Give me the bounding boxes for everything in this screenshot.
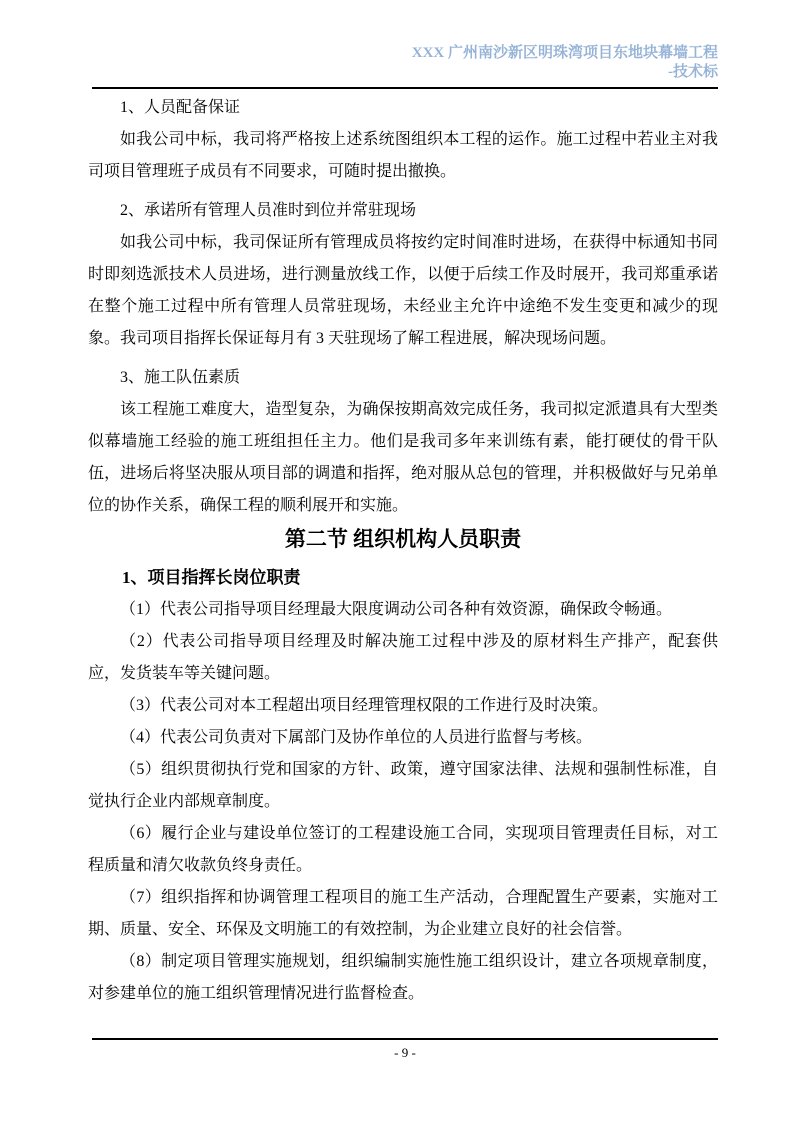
- document-body: 1、人员配备保证 如我公司中标，我司将严格按上述系统图组织本工程的运作。施工过程…: [88, 92, 718, 1010]
- duty-item-7: （7）组织指挥和协调管理工程项目的施工生产活动，合理配置生产要素，实施对工期、质…: [88, 882, 718, 946]
- duty-item-4: （4）代表公司负责对下属部门及协作单位的人员进行监督与考核。: [88, 722, 718, 754]
- subsection-heading: 1、项目指挥长岗位职责: [88, 562, 718, 594]
- duty-item-2: （2）代表公司指导项目经理及时解决施工过程中涉及的原材料生产排产，配套供应，发货…: [88, 626, 718, 690]
- paragraph-item-1-body: 如我公司中标，我司将严格按上述系统图组织本工程的运作。施工过程中若业主对我司项目…: [88, 124, 718, 188]
- duty-item-3: （3）代表公司对本工程超出项目经理管理权限的工作进行及时决策。: [88, 690, 718, 722]
- paragraph-item-3-body: 该工程施工难度大，造型复杂，为确保按期高效完成任务，我司拟定派遣具有大型类似幕墙…: [88, 394, 718, 522]
- paragraph-item-3-title: 3、施工队伍素质: [88, 362, 718, 394]
- page-number: - 9 -: [92, 1045, 718, 1061]
- paragraph-item-2-body: 如我公司中标，我司保证所有管理成员将按约定时间准时进场，在获得中标通知书同时即刻…: [88, 227, 718, 355]
- section-heading: 第二节 组织机构人员职责: [88, 524, 718, 554]
- header-doc-type: -技术标: [92, 63, 718, 82]
- duty-item-5: （5）组织贯彻执行党和国家的方针、政策，遵守国家法律、法规和强制性标准，自觉执行…: [88, 754, 718, 818]
- duty-item-8: （8）制定项目管理实施规划，组织编制实施性施工组织设计，建立各项规章制度，对参建…: [88, 946, 718, 1010]
- duty-item-1: （1）代表公司指导项目经理最大限度调动公司各种有效资源，确保政令畅通。: [88, 594, 718, 626]
- page-footer: - 9 -: [92, 1038, 718, 1061]
- page-header: XXX 广州南沙新区明珠湾项目东地块幕墙工程 -技术标: [92, 44, 718, 89]
- paragraph-item-2-title: 2、承诺所有管理人员准时到位并常驻现场: [88, 195, 718, 227]
- duty-item-6: （6）履行企业与建设单位签订的工程建设施工合同，实现项目管理责任目标，对工程质量…: [88, 818, 718, 882]
- document-page: XXX 广州南沙新区明珠湾项目东地块幕墙工程 -技术标 1、人员配备保证 如我公…: [0, 0, 793, 1122]
- paragraph-item-1-title: 1、人员配备保证: [88, 92, 718, 124]
- header-project-title: XXX 广州南沙新区明珠湾项目东地块幕墙工程: [92, 44, 718, 63]
